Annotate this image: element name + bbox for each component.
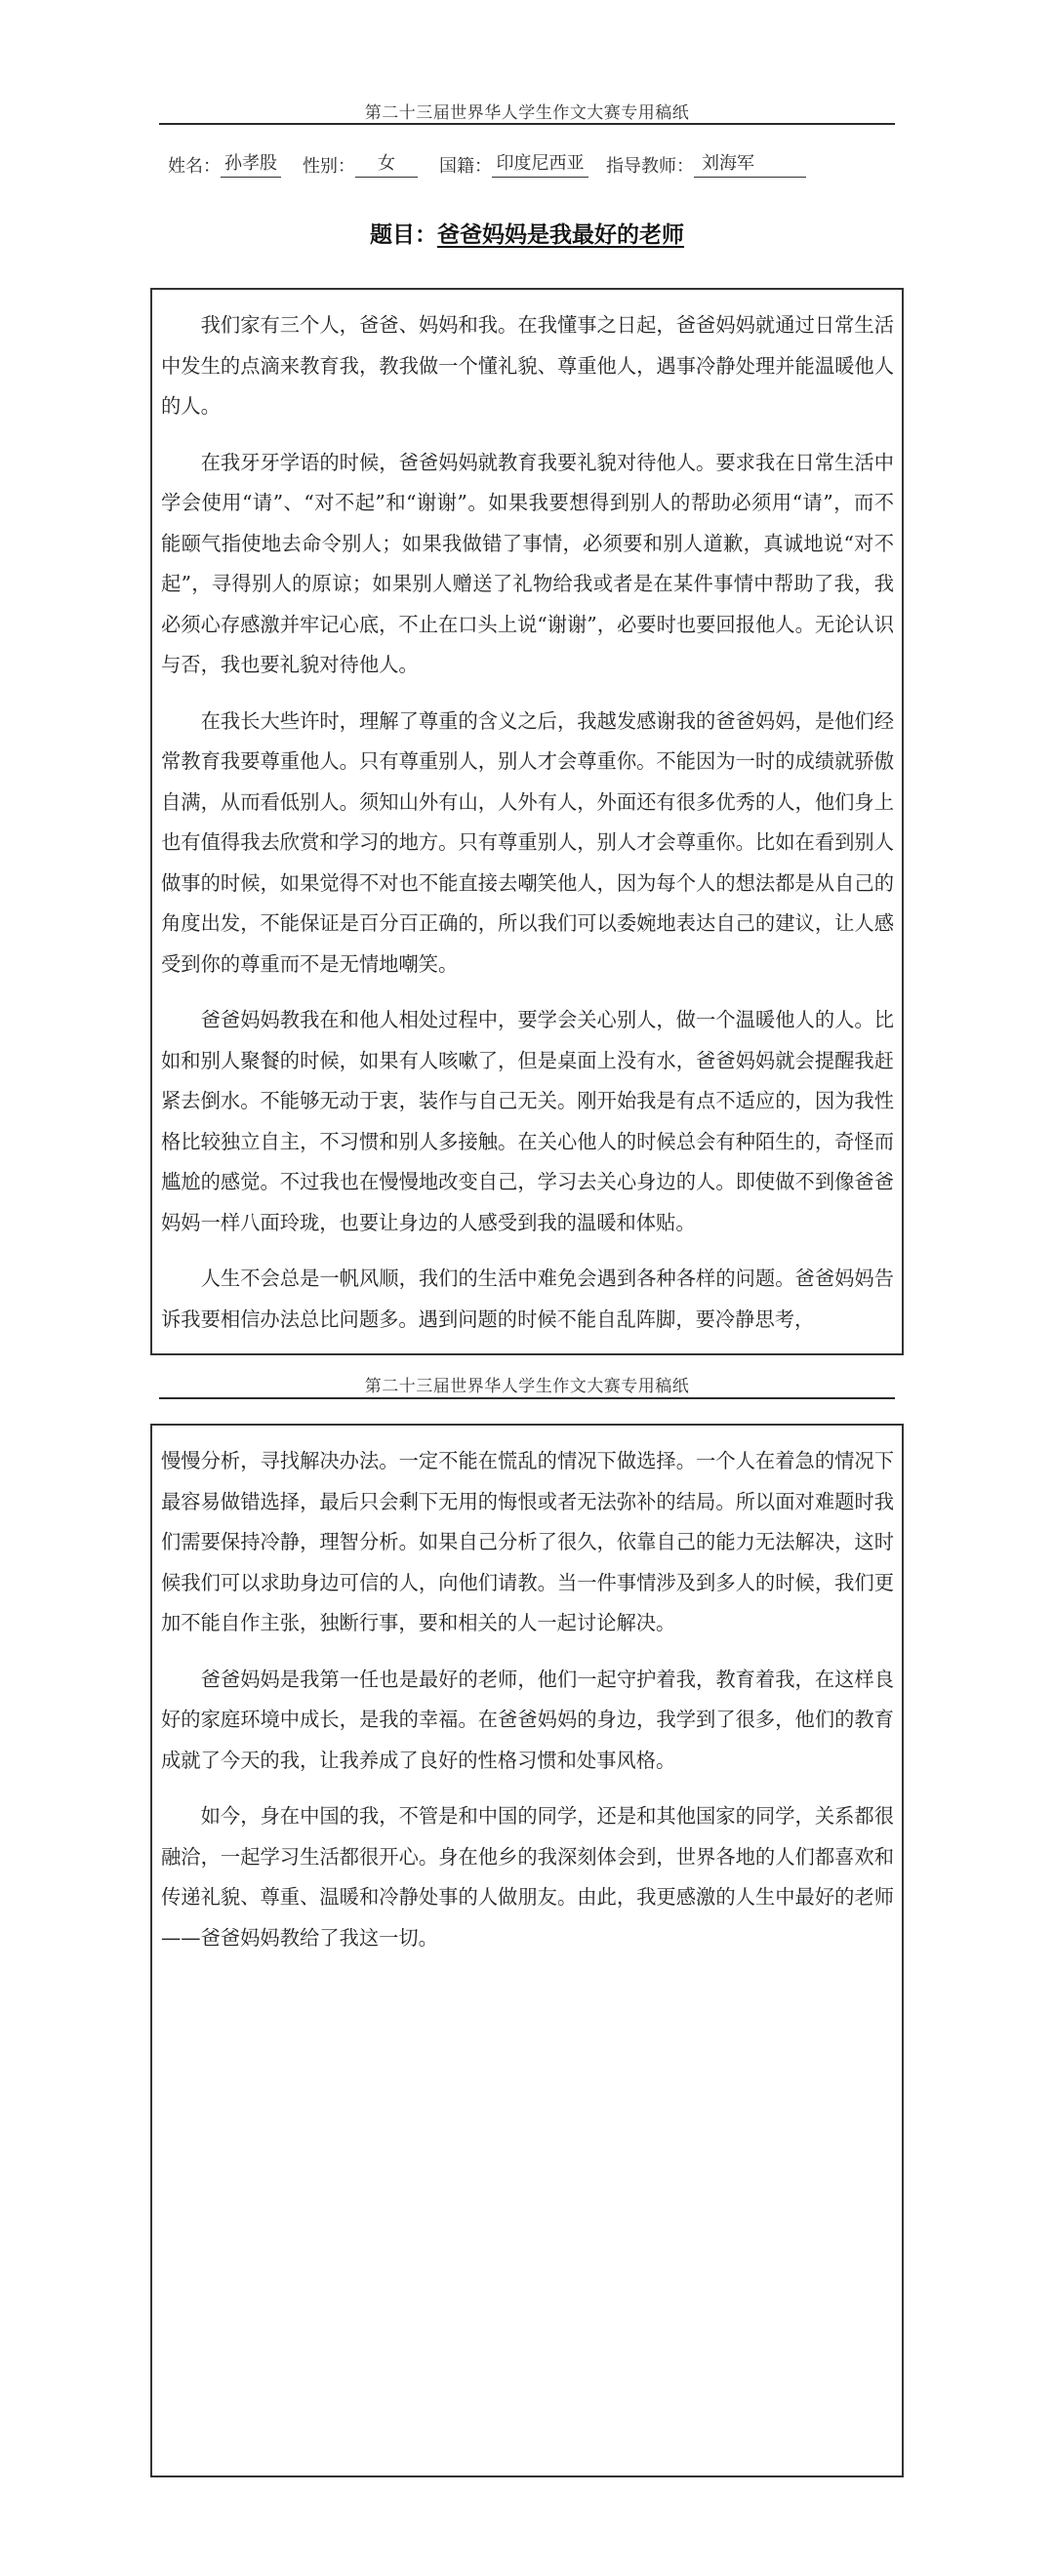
gender-label: 性别： [303,152,355,178]
title-label: 题目： [370,222,437,248]
header-rule [159,123,895,125]
title-text: 爸爸妈妈是我最好的老师 [437,222,684,248]
essay-frame-page-2: 慢慢分析，寻找解决办法。一定不能在慌乱的情况下做选择。一个人在着急的情况下最容易… [150,1424,904,2477]
paragraph: 人生不会总是一帆风顺，我们的生活中难免会遇到各种各样的问题。爸爸妈妈告诉我要相信… [161,1259,894,1340]
nationality-label: 国籍： [439,152,492,178]
paragraph: 我们家有三个人，爸爸、妈妈和我。在我懂事之日起，爸爸妈妈就通过日常生活中发生的点… [161,305,894,427]
paragraph: 如今，身在中国的我，不管是和中国的同学，还是和其他国家的同学，关系都很融洽，一起… [161,1796,894,1958]
paragraph-continued: 慢慢分析，寻找解决办法。一定不能在慌乱的情况下做选择。一个人在着急的情况下最容易… [161,1441,894,1644]
teacher-label: 指导教师： [606,152,694,178]
paragraph: 在我牙牙学语的时候，爸爸妈妈就教育我要礼貌对待他人。要求我在日常生活中学会使用“… [161,443,894,686]
teacher-value: 刘海军 [694,149,806,178]
paper-header-page-2: 第二十三届世界华人学生作文大赛专用稿纸 [159,1372,895,1396]
gender-value: 女 [355,149,418,178]
paragraph: 在我长大些许时，理解了尊重的含义之后，我越发感谢我的爸爸妈妈，是他们经常教育我要… [161,702,894,986]
paragraph: 爸爸妈妈是我第一任也是最好的老师，他们一起守护着我，教育着我，在这样良好的家庭环… [161,1660,894,1782]
paragraph: 爸爸妈妈教我在和他人相处过程中，要学会关心别人，做一个温暖他人的人。比如和别人聚… [161,1000,894,1243]
name-value: 孙孝股 [221,149,281,178]
nationality-value: 印度尼西亚 [492,149,588,178]
author-info-row: 姓名： 孙孝股 性别： 女 国籍： 印度尼西亚 指导教师： 刘海军 [168,148,828,178]
name-label: 姓名： [168,152,221,178]
paper-header: 第二十三届世界华人学生作文大赛专用稿纸 [159,99,895,123]
essay-title: 题目：爸爸妈妈是我最好的老师 [0,217,1054,249]
essay-frame-page-1: 我们家有三个人，爸爸、妈妈和我。在我懂事之日起，爸爸妈妈就通过日常生活中发生的点… [150,288,904,1355]
header-rule-page-2 [159,1397,895,1399]
